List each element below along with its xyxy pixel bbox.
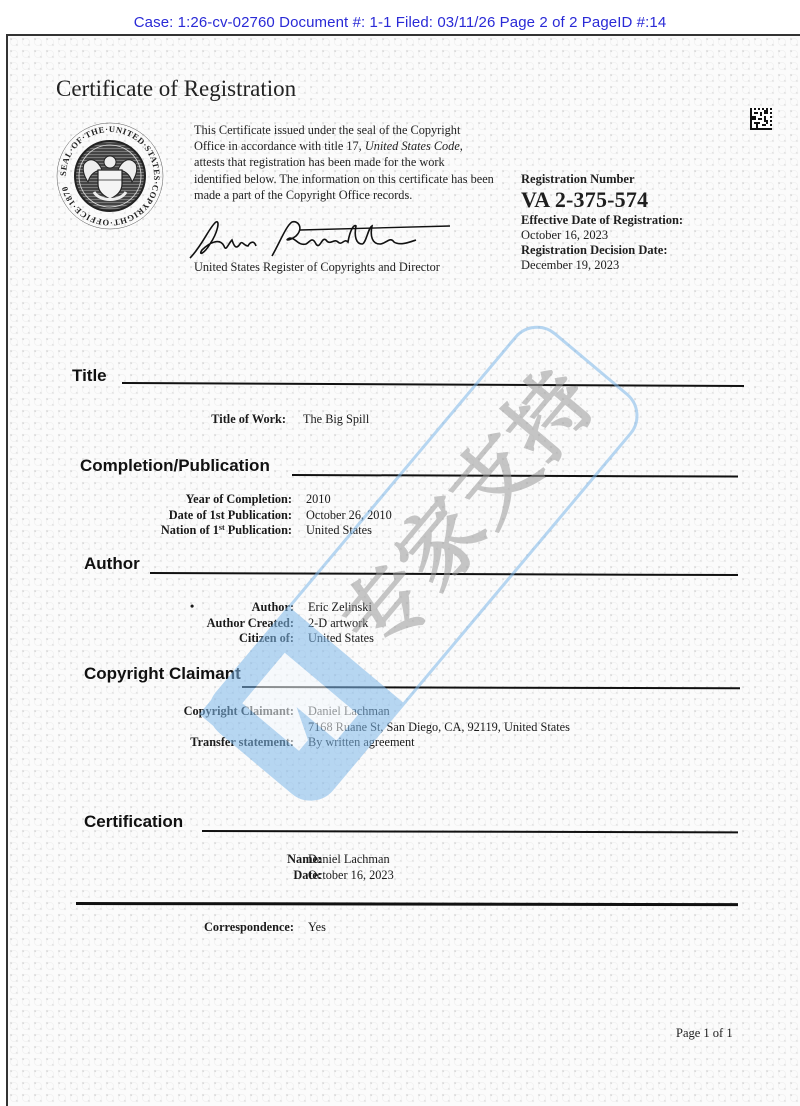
section-divider xyxy=(122,382,744,387)
title-labels: Title of Work: xyxy=(104,412,286,428)
section-divider xyxy=(150,572,738,576)
certificate-intro-text: This Certificate issued under the seal o… xyxy=(194,122,494,203)
author-created-value: 2-D artwork xyxy=(308,616,374,632)
field-label: Transfer statement: xyxy=(104,735,294,751)
field-label: Correspondence: xyxy=(104,920,294,936)
field-label: Nation of 1st Publication: xyxy=(104,523,292,539)
effective-date-label: Effective Date of Registration: xyxy=(521,213,683,228)
signatory-title: United States Register of Copyrights and… xyxy=(194,260,440,275)
correspondence-value: Yes xyxy=(308,920,326,936)
court-filing-stamp: Case: 1:26-cv-02760 Document #: 1-1 File… xyxy=(0,14,800,31)
field-label: Date of 1st Publication: xyxy=(104,508,292,524)
certificate-page: Certificate of Registration SEAL·OF·THE·… xyxy=(6,34,800,1106)
section-heading-certification: Certification xyxy=(84,812,183,832)
field-label: Name: xyxy=(104,852,322,868)
nation-of-publication-value: United States xyxy=(306,523,392,539)
field-label: Date: xyxy=(104,868,322,884)
transfer-statement-value: By written agreement xyxy=(308,735,570,751)
certification-date-value: October 16, 2023 xyxy=(308,868,394,884)
registration-number: VA 2-375-574 xyxy=(521,188,683,212)
section-divider xyxy=(242,686,740,689)
author-name-value: Eric Zelinski xyxy=(308,600,374,616)
registration-info: Registration Number VA 2-375-574 Effecti… xyxy=(521,172,683,273)
correspondence-values: Yes xyxy=(308,920,326,936)
effective-date: October 16, 2023 xyxy=(521,228,683,243)
certificate-title: Certificate of Registration xyxy=(56,76,296,102)
field-label: Copyright Claimant: xyxy=(104,704,294,720)
certification-name-value: Daniel Lachman xyxy=(308,852,394,868)
field-label xyxy=(104,720,294,736)
citizen-of-value: United States xyxy=(308,631,374,647)
completion-values: 2010 October 26, 2010 United States xyxy=(306,492,392,539)
year-of-completion-value: 2010 xyxy=(306,492,392,508)
claimant-address-value: 7168 Ruane St, San Diego, CA, 92119, Uni… xyxy=(308,720,570,736)
author-values: Eric Zelinski 2-D artwork United States xyxy=(308,600,374,647)
section-divider-thick xyxy=(76,902,738,906)
claimant-labels: Copyright Claimant: Transfer statement: xyxy=(104,704,294,751)
field-label: Author: xyxy=(104,600,294,616)
field-label: Year of Completion: xyxy=(104,492,292,508)
section-heading-title: Title xyxy=(72,366,107,386)
registration-number-label: Registration Number xyxy=(521,172,683,187)
field-label: Title of Work: xyxy=(104,412,286,428)
date-of-publication-value: October 26, 2010 xyxy=(306,508,392,524)
page-number: Page 1 of 1 xyxy=(676,1026,733,1041)
certification-labels: Name: Date: xyxy=(104,852,322,883)
section-heading-completion: Completion/Publication xyxy=(80,456,270,476)
decision-date-label: Registration Decision Date: xyxy=(521,243,683,258)
claimant-name-value: Daniel Lachman xyxy=(308,704,570,720)
copyright-office-seal-icon: SEAL·OF·THE·UNITED·STATES·COPYRIGHT·OFFI… xyxy=(54,120,166,232)
title-values: The Big Spill xyxy=(303,412,369,428)
signature-icon xyxy=(180,216,460,266)
decision-date: December 19, 2023 xyxy=(521,258,683,273)
section-divider xyxy=(202,830,738,833)
field-label: Author Created: xyxy=(104,616,294,632)
author-labels: Author: Author Created: Citizen of: xyxy=(104,600,294,647)
title-of-work-value: The Big Spill xyxy=(303,412,369,428)
section-heading-author: Author xyxy=(84,554,140,574)
certification-values: Daniel Lachman October 16, 2023 xyxy=(308,852,394,883)
correspondence-labels: Correspondence: xyxy=(104,920,294,936)
claimant-values: Daniel Lachman 7168 Ruane St, San Diego,… xyxy=(308,704,570,751)
data-matrix-code-icon xyxy=(750,108,772,130)
field-label: Citizen of: xyxy=(104,631,294,647)
section-heading-claimant: Copyright Claimant xyxy=(84,664,241,684)
completion-labels: Year of Completion: Date of 1st Publicat… xyxy=(104,492,292,539)
section-divider xyxy=(292,474,738,478)
